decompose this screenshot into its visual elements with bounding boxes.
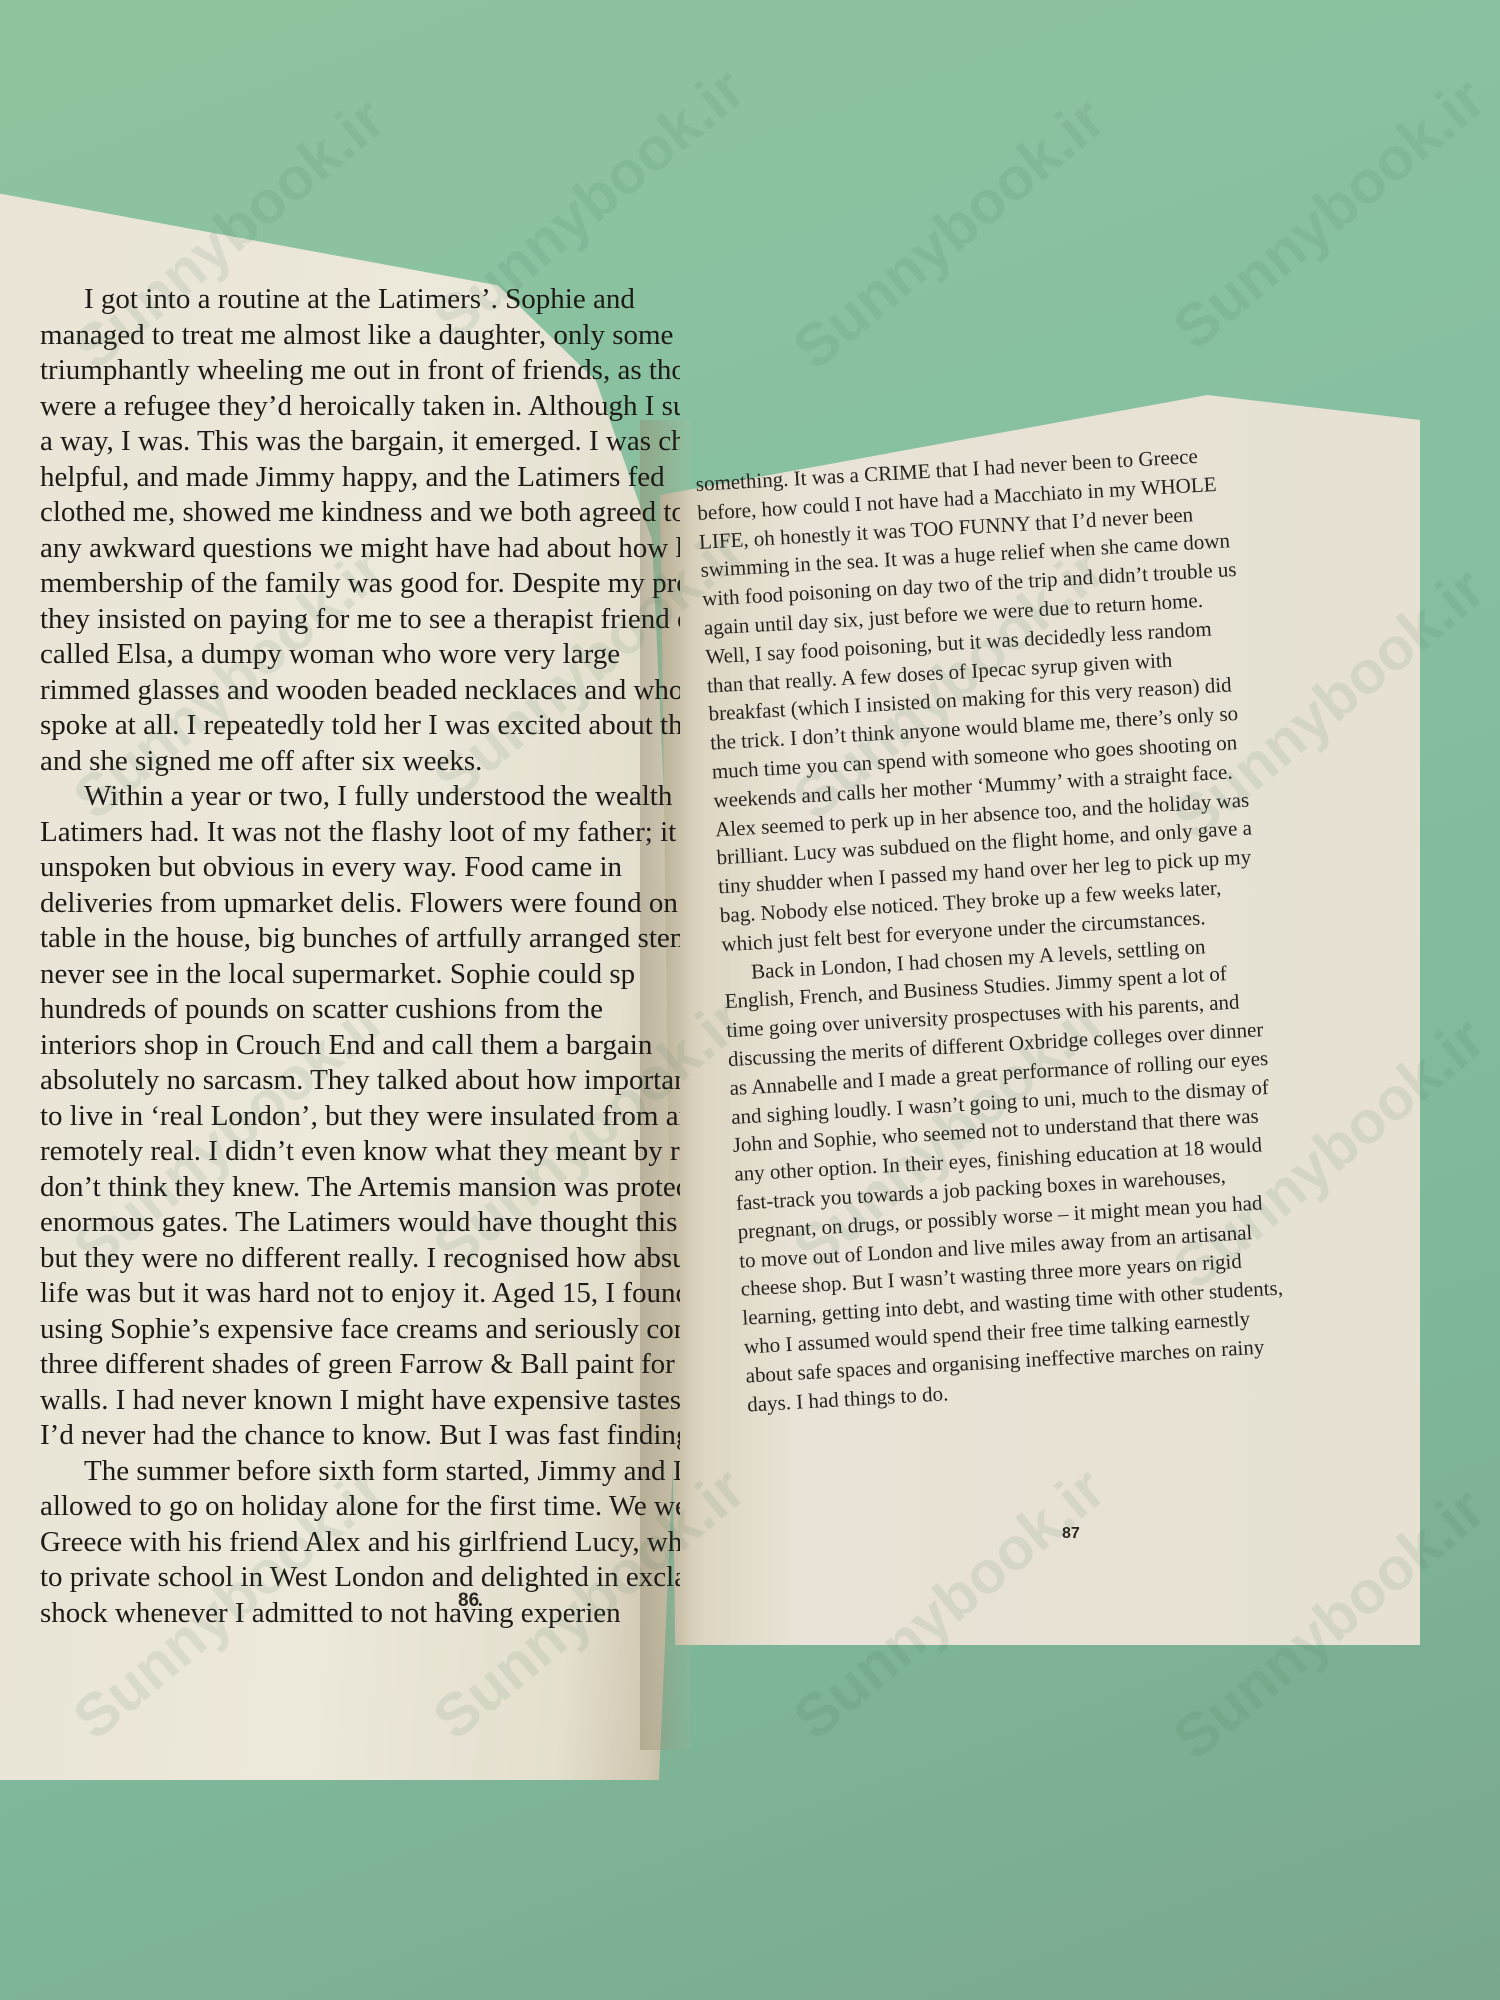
text-line: Greece with his friend Alex and his girl… [40, 1525, 680, 1561]
text-line: absolutely no sarcasm. They talked about… [40, 1063, 680, 1099]
text-line: The summer before sixth form started, Ji… [40, 1454, 680, 1490]
text-line: helpful, and made Jimmy happy, and the L… [40, 460, 680, 496]
text-line: using Sophie’s expensive face creams and… [40, 1312, 680, 1348]
text-line: never see in the local supermarket. Soph… [40, 957, 680, 993]
text-line: interiors shop in Crouch End and call th… [40, 1028, 680, 1064]
text-line: hundreds of pounds on scatter cushions f… [40, 992, 680, 1028]
text-line: and she signed me off after six weeks. [40, 744, 680, 780]
open-book: I got into a routine at the Latimers’. S… [0, 0, 1500, 2000]
text-line: were a refugee they’d heroically taken i… [40, 389, 680, 425]
text-line: don’t think they knew. The Artemis mansi… [40, 1170, 680, 1206]
text-line: deliveries from upmarket delis. Flowers … [40, 886, 680, 922]
text-line: any awkward questions we might have had … [40, 531, 680, 567]
right-page-text: something. It was a CRIME that I had nev… [695, 431, 1437, 1418]
text-line: triumphantly wheeling me out in front of… [40, 353, 680, 389]
text-line: unspoken but obvious in every way. Food … [40, 850, 680, 886]
text-line: remotely real. I didn’t even know what t… [40, 1134, 680, 1170]
text-line: walls. I had never known I might have ex… [40, 1383, 680, 1419]
text-line: managed to treat me almost like a daught… [40, 318, 680, 354]
text-line: Within a year or two, I fully understood… [40, 779, 680, 815]
text-line: three different shades of green Farrow &… [40, 1347, 680, 1383]
text-line: shock whenever I admitted to not having … [40, 1596, 680, 1632]
page-number-right: 87 [1062, 1525, 1080, 1543]
left-page-text: I got into a routine at the Latimers’. S… [40, 282, 680, 1631]
text-line: but they were no different really. I rec… [40, 1241, 680, 1277]
text-line: life was but it was hard not to enjoy it… [40, 1276, 680, 1312]
text-line: a way, I was. This was the bargain, it e… [40, 424, 680, 460]
text-line: clothed me, showed me kindness and we bo… [40, 495, 680, 531]
text-line: spoke at all. I repeatedly told her I wa… [40, 708, 680, 744]
text-line: to private school in West London and del… [40, 1560, 680, 1596]
text-line: to live in ‘real London’, but they were … [40, 1099, 680, 1135]
page-number-left: 86 [458, 1590, 479, 1612]
text-line: table in the house, big bunches of artfu… [40, 921, 680, 957]
text-line: membership of the family was good for. D… [40, 566, 680, 602]
text-line: I got into a routine at the Latimers’. S… [40, 282, 680, 318]
text-line: allowed to go on holiday alone for the f… [40, 1489, 680, 1525]
text-line: rimmed glasses and wooden beaded necklac… [40, 673, 680, 709]
text-line: Latimers had. It was not the flashy loot… [40, 815, 680, 851]
text-line: called Elsa, a dumpy woman who wore very… [40, 637, 680, 673]
text-line: enormous gates. The Latimers would have … [40, 1205, 680, 1241]
text-line: they insisted on paying for me to see a … [40, 602, 680, 638]
text-line: I’d never had the chance to know. But I … [40, 1418, 680, 1454]
